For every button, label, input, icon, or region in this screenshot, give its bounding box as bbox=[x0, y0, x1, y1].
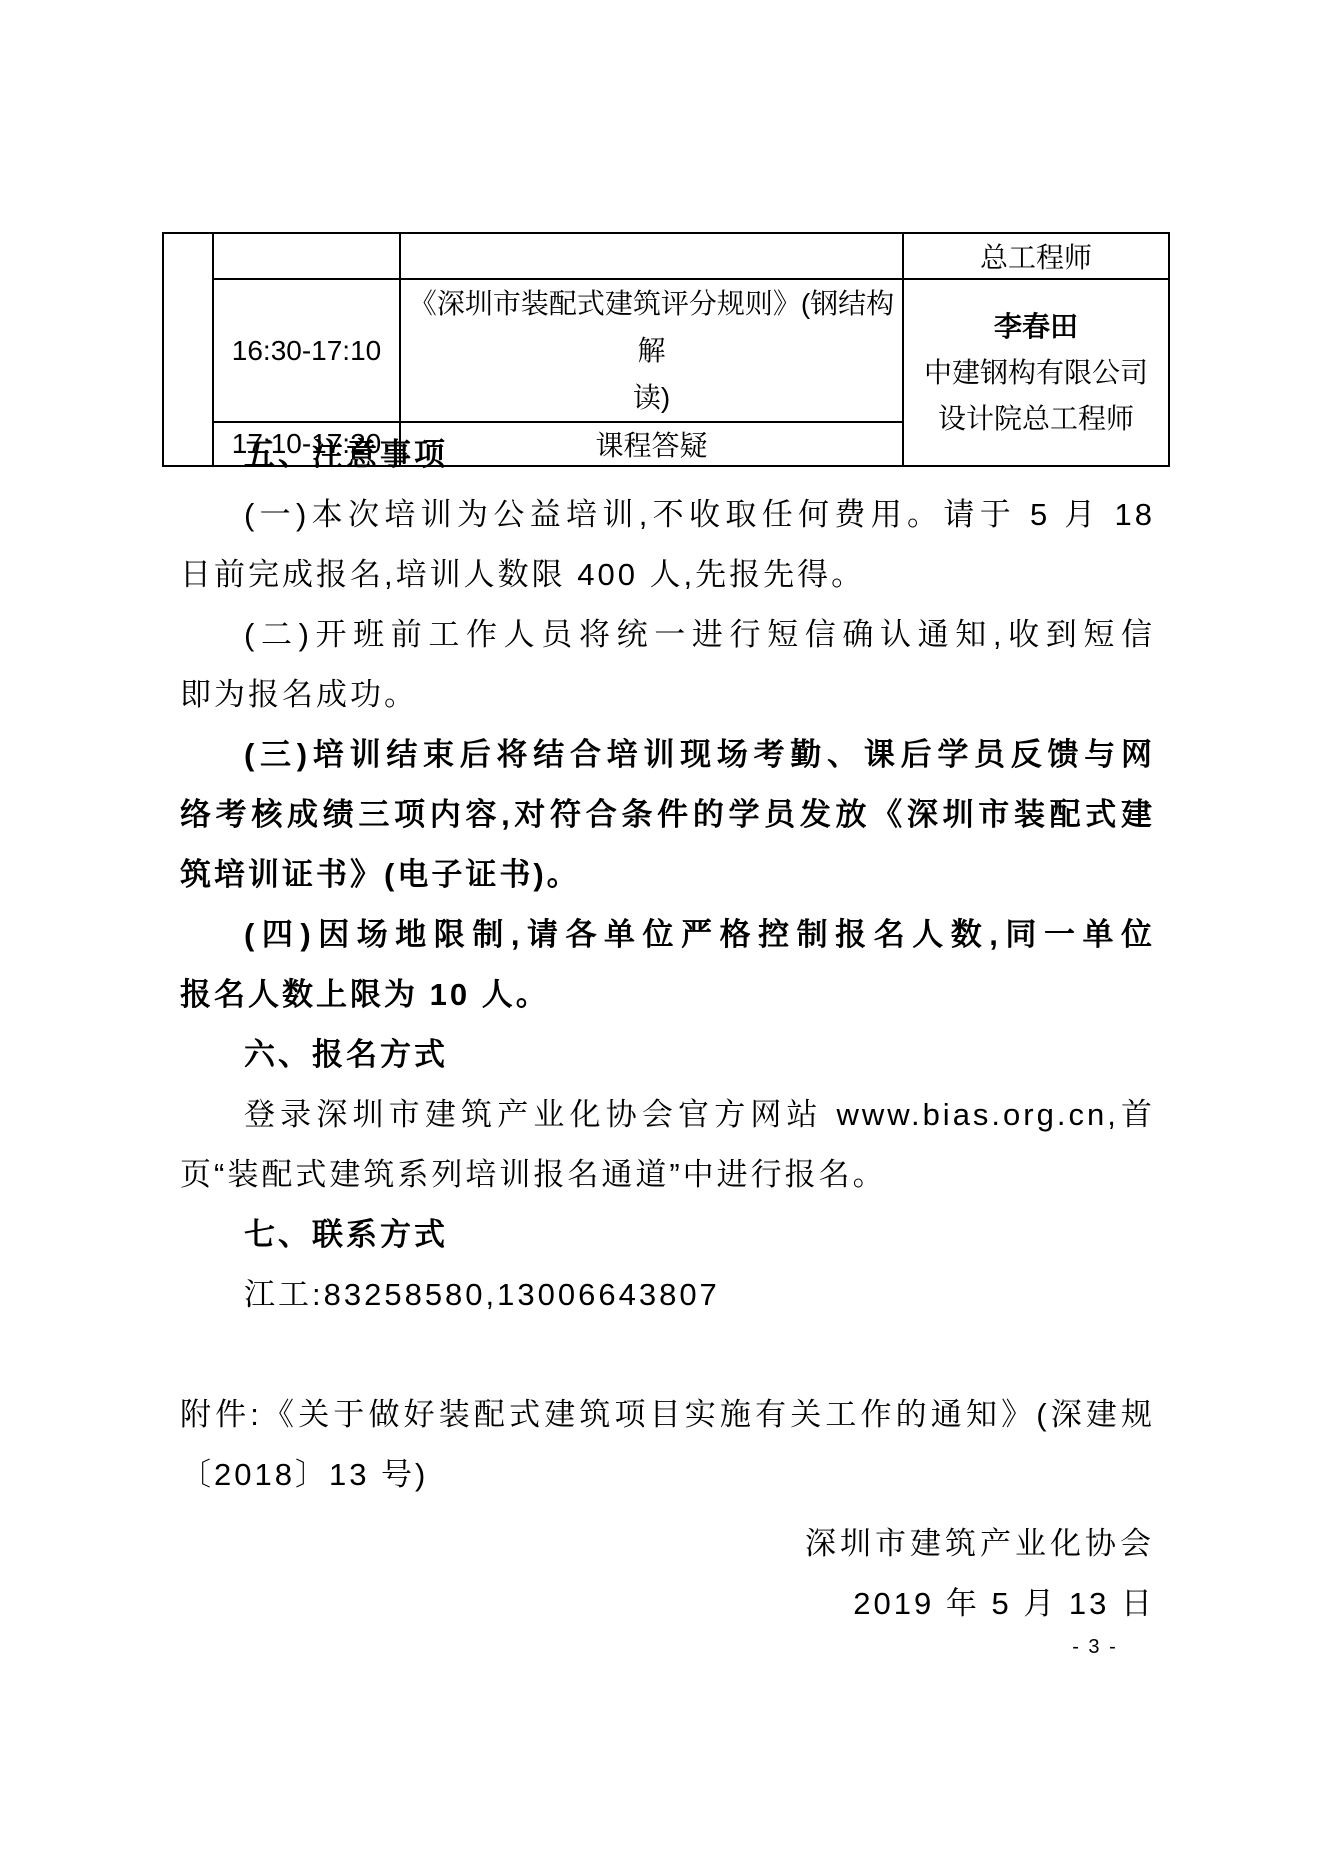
blank-line bbox=[180, 1325, 1155, 1385]
section-heading-registration: 六、报名方式 bbox=[180, 1025, 1155, 1085]
signature-date: 2019 年 5 月 13 日 bbox=[180, 1574, 1155, 1634]
registration-line1: 登录深圳市建筑产业化协会官方网站 www.bias.org.cn,首 bbox=[180, 1085, 1155, 1145]
note3-line1: (三)培训结束后将结合培训现场考勤、课后学员反馈与网 bbox=[180, 725, 1155, 785]
table-cell-time-1: 16:30-17:10 bbox=[213, 279, 400, 422]
section-heading-contact: 七、联系方式 bbox=[180, 1205, 1155, 1265]
table-cell-empty-course bbox=[400, 233, 903, 279]
note1-line1: (一)本次培训为公益培训,不收取任何费用。请于 5 月 18 bbox=[180, 485, 1155, 545]
attachment-line2: 〔2018〕13 号) bbox=[180, 1445, 1155, 1505]
registration-line2: 页“装配式建筑系列培训报名通道”中进行报名。 bbox=[180, 1145, 1155, 1205]
course-title-line1: 《深圳市装配式建筑评分规则》(钢结构解 bbox=[401, 280, 902, 374]
note2-line1: (二)开班前工作人员将统一进行短信确认通知,收到短信 bbox=[180, 605, 1155, 665]
note1-line2: 日前完成报名,培训人数限 400 人,先报先得。 bbox=[180, 545, 1155, 605]
table-row-session1: 16:30-17:10 《深圳市装配式建筑评分规则》(钢结构解 读) 李春田 中… bbox=[163, 279, 1169, 422]
attachment-line1: 附件:《关于做好装配式建筑项目实施有关工作的通知》(深建规 bbox=[180, 1385, 1155, 1445]
contact-line: 江工:83258580,13006643807 bbox=[180, 1265, 1155, 1325]
speaker-name: 李春田 bbox=[904, 304, 1168, 350]
table-cell-empty-time bbox=[213, 233, 400, 279]
course-title-line2: 读) bbox=[401, 374, 902, 421]
note3-line3: 筑培训证书》(电子证书)。 bbox=[180, 845, 1155, 905]
section-heading-notes: 五、注意事项 bbox=[180, 425, 1155, 485]
note4-line1: (四)因场地限制,请各单位严格控制报名人数,同一单位 bbox=[180, 905, 1155, 965]
signature-organization: 深圳市建筑产业化协会 bbox=[180, 1514, 1155, 1574]
note3-line2: 络考核成绩三项内容,对符合条件的学员发放《深圳市装配式建 bbox=[180, 785, 1155, 845]
page-number: - 3 - bbox=[1040, 1633, 1150, 1661]
table-cell-speaker-title-prev: 总工程师 bbox=[903, 233, 1169, 279]
table-row-prev-speaker: 总工程师 bbox=[163, 233, 1169, 279]
note4-line2: 报名人数上限为 10 人。 bbox=[180, 965, 1155, 1025]
document-page: 总工程师 16:30-17:10 《深圳市装配式建筑评分规则》(钢结构解 读) … bbox=[0, 0, 1319, 1865]
speaker-organization: 中建钢构有限公司 bbox=[904, 350, 1168, 396]
table-cell-course-1: 《深圳市装配式建筑评分规则》(钢结构解 读) bbox=[400, 279, 903, 422]
note2-line2: 即为报名成功。 bbox=[180, 665, 1155, 725]
document-body: 五、注意事项 (一)本次培训为公益培训,不收取任何费用。请于 5 月 18 日前… bbox=[180, 425, 1155, 1634]
